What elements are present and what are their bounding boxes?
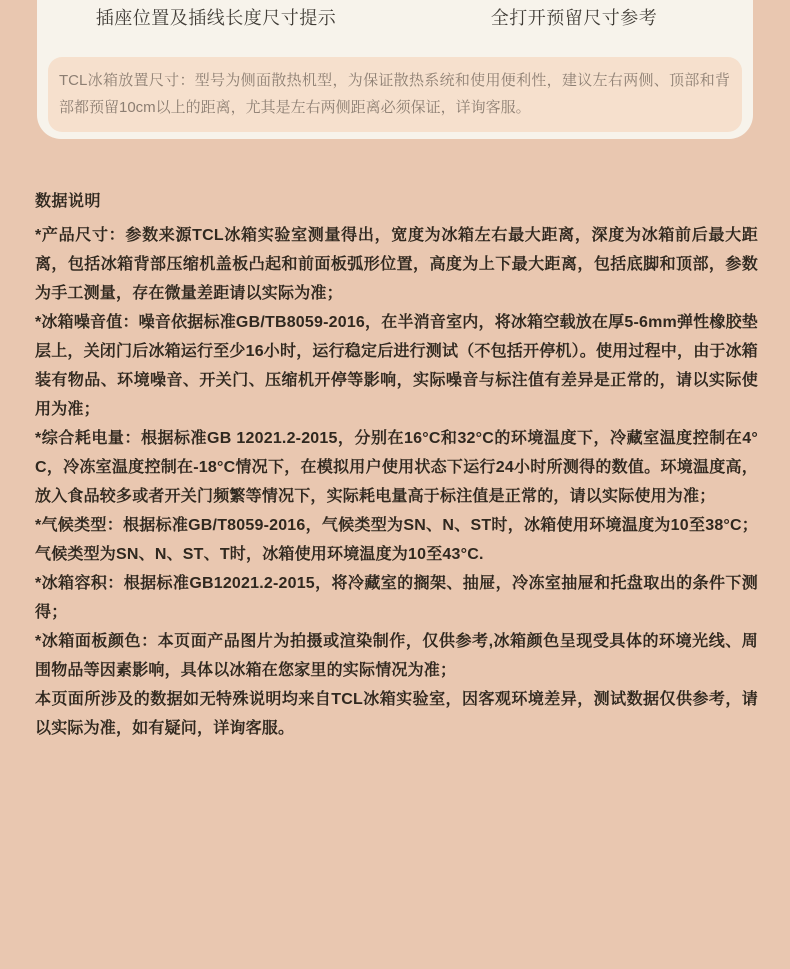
note-noise-level: *冰箱噪音值：噪音依据标准GB/TB8059-2016，在半消音室内，将冰箱空载…: [35, 308, 758, 424]
note-fridge-volume: *冰箱容积：根据标准GB12021.2-2015，将冷藏室的搁架、抽屉，冷冻室抽…: [35, 569, 758, 627]
caption-full-open-clearance: 全打开预留尺寸参考: [395, 7, 753, 29]
product-detail-page: { "colors": { "page_background": "#e9c7b…: [0, 0, 790, 969]
data-notes-section: 数据说明 *产品尺寸：参数来源TCL冰箱实验室测量得出，宽度为冰箱左右最大距离，…: [0, 191, 790, 743]
placement-note-text: TCL冰箱放置尺寸：型号为侧面散热机型，为保证散热系统和使用便利性，建议左右两侧…: [59, 67, 730, 121]
note-energy-consumption: *综合耗电量：根据标准GB 12021.2-2015，分别在16°C和32°C的…: [35, 424, 758, 511]
placement-note-box: TCL冰箱放置尺寸：型号为侧面散热机型，为保证散热系统和使用便利性，建议左右两侧…: [48, 57, 742, 132]
note-climate-type: *气候类型：根据标准GB/T8059-2016，气候类型为SN、N、ST时，冰箱…: [35, 511, 758, 569]
data-notes-body: *产品尺寸：参数来源TCL冰箱实验室测量得出，宽度为冰箱左右最大距离，深度为冰箱…: [35, 221, 758, 743]
placement-tips-card: 插座位置及插线长度尺寸提示 全打开预留尺寸参考 TCL冰箱放置尺寸：型号为侧面散…: [37, 0, 753, 139]
image-caption-row: 插座位置及插线长度尺寸提示 全打开预留尺寸参考: [37, 0, 753, 29]
note-panel-color: *冰箱面板颜色：本页面产品图片为拍摄或渲染制作，仅供参考,冰箱颜色呈现受具体的环…: [35, 627, 758, 685]
caption-socket-position: 插座位置及插线长度尺寸提示: [37, 7, 395, 29]
note-general-disclaimer: 本页面所涉及的数据如无特殊说明均来自TCL冰箱实验室，因客观环境差异，测试数据仅…: [35, 685, 758, 743]
note-product-dimensions: *产品尺寸：参数来源TCL冰箱实验室测量得出，宽度为冰箱左右最大距离，深度为冰箱…: [35, 221, 758, 308]
data-notes-heading: 数据说明: [35, 191, 758, 213]
